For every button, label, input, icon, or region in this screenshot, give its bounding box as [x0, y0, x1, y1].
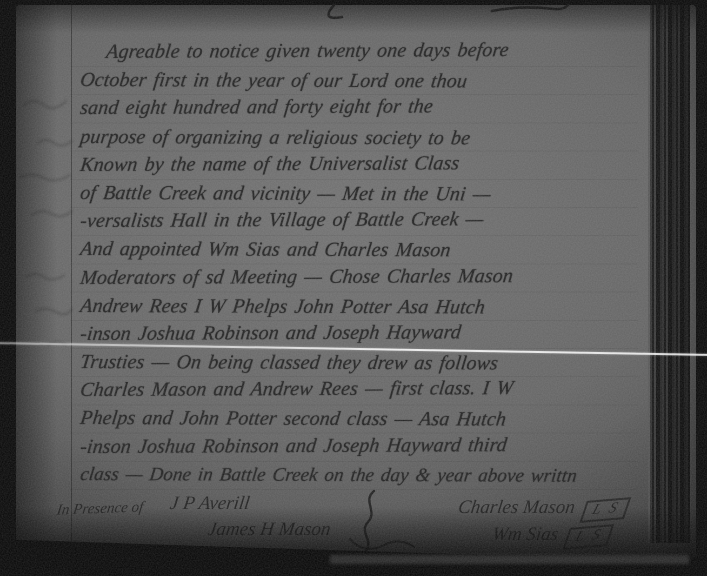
seal-ls: L S [579, 497, 631, 523]
witness-signature: James H Mason [206, 519, 332, 541]
signature-name: Charles Mason [457, 497, 577, 518]
signature: Charles MasonL S [456, 497, 628, 521]
book-fore-edge-pages [648, 5, 690, 543]
signature: Wm SiasL S [490, 524, 612, 548]
manuscript-line: -versalists Hall in the Village of Battl… [78, 208, 668, 239]
manuscript-line: Moderators of sd Meeting — Chose Charles… [78, 264, 668, 295]
cropped-flourish [294, 3, 584, 21]
page-bottom-edge [330, 555, 689, 564]
manuscript-line: sand eight hundred and forty eight for t… [78, 95, 668, 126]
manuscript-line: -inson Joshua Robinson and Joseph Haywar… [78, 433, 668, 464]
attestation-presence-label: In Presence of [56, 500, 145, 520]
manuscript-line: Known by the name of the Universalist Cl… [78, 151, 668, 182]
manuscript-line: Charles Mason and Andrew Rees — first cl… [78, 377, 668, 408]
ink-bleed-through-marks [18, 65, 88, 385]
manuscript-body: Agreable to notice given twenty one days… [80, 41, 666, 492]
seal-ls: L S [562, 524, 614, 550]
scanned-manuscript-photo: Agreable to notice given twenty one days… [0, 0, 707, 576]
signature-flourish [346, 533, 416, 553]
witness-signature: J P Averill [168, 493, 251, 515]
manuscript-page: Agreable to notice given twenty one days… [16, 5, 696, 557]
signature-name: Wm Sias [491, 524, 560, 545]
manuscript-line: Agreable to notice given twenty one days… [78, 38, 668, 69]
